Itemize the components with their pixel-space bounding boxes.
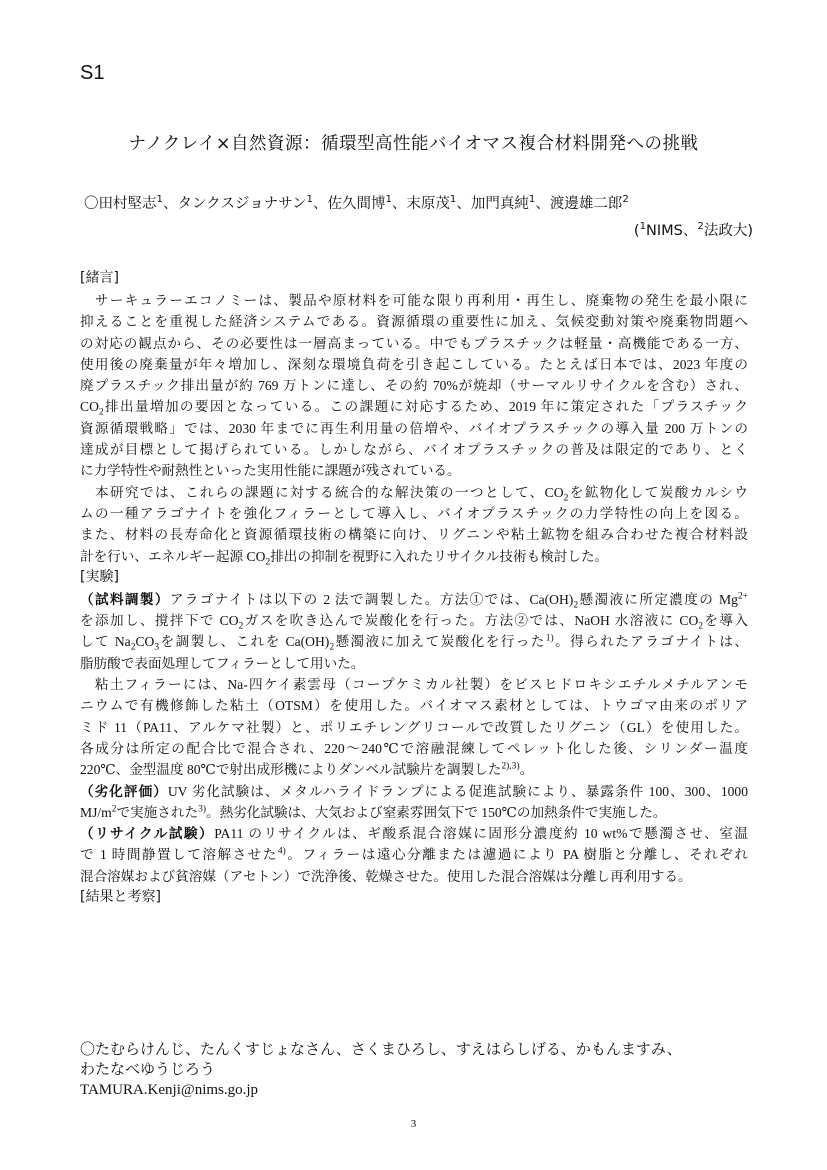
text-line: （試料調製）アラゴナイトは以下の 2 法で調製した。方法①では、Ca(OH)2懸… xyxy=(80,589,748,610)
text-run: 。 xyxy=(520,762,534,777)
affiliation-mark: 1 xyxy=(157,194,163,205)
text-run: 。フィラーは遠心分離または濾過により PA 樹脂と分離し、それぞれ xyxy=(286,847,748,862)
author: 渡邊雄二郎 xyxy=(550,196,623,212)
text-run: 排出の抑制を視野に入れたリサイクル技術も検討した。 xyxy=(270,549,608,564)
text-line: MJ/m2で実施された3)。熱劣化試験は、大気および窒素雰囲気下で 150℃の加… xyxy=(80,802,748,823)
affiliation-mark: 1 xyxy=(529,194,535,205)
text-line: （劣化評価）UV 劣化試験は、メタルハライドランプによる促進試験により、暴露条件… xyxy=(80,781,748,802)
text-line: 脂肪酸で表面処理してフィラーとして用いた。 xyxy=(80,653,748,674)
page-number: 3 xyxy=(0,1118,827,1130)
affiliation-mark: 1 xyxy=(450,194,456,205)
text-run: CO xyxy=(135,634,154,649)
text-run: 。熱劣化試験は、大気および窒素雰囲気下で 150℃の加熱条件で実施した。 xyxy=(206,805,666,820)
section-heading-intro: [緒言] xyxy=(80,268,748,290)
affiliation-hosei: 法政大 xyxy=(704,223,748,239)
section-heading-results: [結果と考察] xyxy=(80,887,748,909)
text-line: 使用後の廃棄量が年々増加し、深刻な環境負荷を引き起こしている。たとえば日本では、… xyxy=(80,354,748,375)
text-run: 計を行い、エネルギー起源 CO xyxy=(80,549,265,564)
text-line: ミド 11（PA11、アルケマ社製）と、ポリエチレングリコールで改質したリグニン… xyxy=(80,717,748,738)
text-line: 抑えることを重視した経済システムである。資源循環の重要性に加え、気候変動対策や廃… xyxy=(80,311,748,332)
reading-line: 〇たむらけんじ、たんくすじょなさん、さくまひろし、すえはらしげる、かもんますみ、 xyxy=(80,1040,760,1060)
text-run: を添加し、撹拌下で CO xyxy=(80,613,239,628)
citation: 3) xyxy=(198,804,206,814)
contact-email[interactable]: TAMURA.Kenji@nims.go.jp xyxy=(80,1082,258,1099)
text-run: 懸濁液に所定濃度の Mg xyxy=(578,592,738,607)
text-run: ガスを吹き込んで炭酸化を行った。方法②では、NaOH 水溶液に CO xyxy=(243,613,698,628)
section-heading-experiment: [実験] xyxy=(80,567,748,589)
paper-title: ナノクレイ×自然資源：循環型高性能バイオマス複合材料開発への挑戦 xyxy=(0,130,827,155)
text-line: 220℃、金型温度 80℃で射出成形機によりダンベル試験片を調製した2),3)。 xyxy=(80,759,748,780)
author: 末原茂 xyxy=(406,196,450,212)
text-line: CO2排出量増加の要因となっている。この課題に対応するため、2019 年に策定さ… xyxy=(80,396,748,417)
text-run: を調製し、これを Ca(OH) xyxy=(159,634,329,649)
text-line: 粘土フィラーには、Na-四ケイ素雲母（コープケミカル社製）をビスヒドロキシエチル… xyxy=(80,674,748,695)
session-label: S1 xyxy=(80,62,104,85)
affiliation-mark: 1 xyxy=(307,194,313,205)
affiliation-mark: 2 xyxy=(622,194,628,205)
subsection-label-recycling: （リサイクル試験） xyxy=(80,826,214,842)
text-line: 各成分は所定の配合比で混合され、220～240℃で溶融混練してペレット化した後、… xyxy=(80,738,748,759)
text-line: 達成が目標として掲げられている。しかしながら、バイオプラスチックの普及は限定的で… xyxy=(80,439,748,460)
text-line: に力学特性や耐熱性といった実用性能に課題が残されている。 xyxy=(80,460,748,481)
text-line: 計を行い、エネルギー起源 CO2排出の抑制を視野に入れたリサイクル技術も検討した… xyxy=(80,546,748,567)
introduction-section: [緒言] サーキュラーエコノミーは、製品や原材料を可能な限り再利用・再生し、廃棄… xyxy=(80,268,748,909)
text-run: CO xyxy=(80,399,99,414)
citation: 2),3) xyxy=(501,762,519,772)
text-line: また、材料の長寿命化と資源循環技術の構築に向け、リグニンや粘土鉱物を組み合わせた… xyxy=(80,524,748,545)
text-run: アラゴナイトは以下の 2 法で調製した。方法①では、Ca(OH) xyxy=(170,592,574,607)
text-line: の対応の観点から、その必要性は一層高まっている。中でもプラスチックは軽量・高機能… xyxy=(80,333,748,354)
text-run: 本研究では、これらの課題に対する統合的な解決策の一つとして、CO xyxy=(80,485,564,500)
affiliation-nims: NIMS、 xyxy=(646,223,697,239)
text-line: ニウムで有機修飾した粘土（OTSM）を使用した。バイオマス素材としては、トウゴマ… xyxy=(80,695,748,716)
superscript: 2+ xyxy=(738,591,748,601)
author-list: 〇田村堅志1、タンクスジョナサン1、佐久間博1、末原茂1、加門真純1、渡邊雄二郎… xyxy=(84,192,629,213)
text-line: 混合溶媒および貧溶媒（アセトン）で洗浄後、乾燥させた。使用した混合溶媒は分離し再… xyxy=(80,866,748,887)
text-line: 本研究では、これらの課題に対する統合的な解決策の一つとして、CO2を鉱物化して炭… xyxy=(80,482,748,503)
text-run: を導入 xyxy=(703,613,748,628)
text-line: ムの一種アラゴナイトを強化フィラーとして導入し、バイオプラスチックの力学特性の向… xyxy=(80,503,748,524)
text-run: UV 劣化試験は、メタルハライドランプによる促進試験により、暴露条件 100、3… xyxy=(168,784,748,799)
affiliation-mark: 1 xyxy=(385,194,391,205)
text-run: を鉱物化して炭酸カルシウ xyxy=(568,485,748,500)
subsection-label-preparation: （試料調製） xyxy=(80,592,170,608)
paren: ) xyxy=(747,223,753,239)
author: 佐久間博 xyxy=(327,196,385,212)
text-run: PA11 のリサイクルは、ギ酸系混合溶媒に固形分濃度約 10 wt%で懸濁させ、… xyxy=(214,826,748,841)
author: 加門真純 xyxy=(471,196,529,212)
text-run: して Na xyxy=(80,634,131,649)
text-run: 排出量増加の要因となっている。この課題に対応するため、2019 年に策定された「… xyxy=(104,399,748,414)
citation: 1) xyxy=(546,634,554,644)
text-line: 廃プラスチック排出量が約 769 万トンに達し、その約 70%が焼却（サーマルリ… xyxy=(80,375,748,396)
reading-line: わたなべゆうじろう xyxy=(80,1060,760,1080)
text-line: （リサイクル試験）PA11 のリサイクルは、ギ酸系混合溶媒に固形分濃度約 10 … xyxy=(80,823,748,844)
text-line: で 1 時間静置して溶解させた4)。フィラーは遠心分離または濾過により PA 樹… xyxy=(80,844,748,865)
affiliations: (1NIMS、2法政大) xyxy=(634,219,753,240)
citation: 4) xyxy=(278,847,286,857)
author: タンクスジョナサン xyxy=(177,196,306,212)
text-run: で実施された xyxy=(117,805,199,820)
text-line: サーキュラーエコノミーは、製品や原材料を可能な限り再利用・再生し、廃棄物の発生を… xyxy=(80,290,748,311)
subsection-label-degradation: （劣化評価） xyxy=(80,784,168,800)
text-run: 220℃、金型温度 80℃で射出成形機によりダンベル試験片を調製した xyxy=(80,762,501,777)
author: 〇田村堅志 xyxy=(84,196,157,212)
text-run: で 1 時間静置して溶解させた xyxy=(80,847,278,862)
text-run: MJ/m xyxy=(80,805,112,820)
document-page: S1 ナノクレイ×自然資源：循環型高性能バイオマス複合材料開発への挑戦 〇田村堅… xyxy=(0,0,827,1170)
text-line: を添加し、撹拌下で CO2ガスを吹き込んで炭酸化を行った。方法②では、NaOH … xyxy=(80,610,748,631)
text-line: 資源循環戦略」では、2030 年までに再生利用量の倍増や、バイオプラスチックの導… xyxy=(80,418,748,439)
text-run: 。得られたアラゴナイトは、 xyxy=(554,634,748,649)
text-run: 懸濁液に加えて炭酸化を行った xyxy=(334,634,546,649)
author-name-readings: 〇たむらけんじ、たんくすじょなさん、さくまひろし、すえはらしげる、かもんますみ、… xyxy=(80,1040,760,1080)
text-line: して Na2CO3を調製し、これを Ca(OH)2懸濁液に加えて炭酸化を行った1… xyxy=(80,631,748,652)
